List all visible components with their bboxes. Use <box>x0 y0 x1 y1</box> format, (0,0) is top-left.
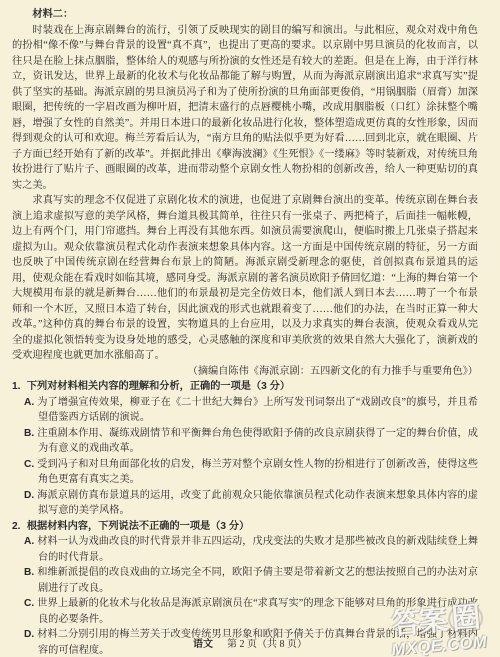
option-label: B. <box>24 567 34 578</box>
material-paragraph-2: 求真写实的理念不仅促进了京剧化妆术的演进，也促进了京剧舞台演出的变革。传统京剧在… <box>12 193 478 364</box>
question-1-stem-text: 下列对材料相关内容的理解和分析，正确的一项是（3 分） <box>27 381 290 392</box>
question-2-option-a: A.材料一认为戏曲改良的时代背景并非五四运动，戊戌变法的失败才是那些被改良的新戏… <box>12 534 478 565</box>
option-text: 受到冯子和对旦角面部化妆的启发，梅兰芳对整个京剧女性人物的扮相进行了创新改善，使… <box>37 459 478 486</box>
exam-page: 材料二： 时装戏在上海京剧舞台的流行，引领了反映现实的剧目的编写和演出。与此相应… <box>0 0 500 657</box>
question-1-option-d: D.海派京剧仿真布景道具的运用，改变了此前观众只能依靠演员程式化动作表演来想象具… <box>12 488 478 519</box>
question-1-stem: 1. 下列对材料相关内容的理解和分析，正确的一项是（3 分） <box>12 379 478 395</box>
option-text: 注重剧本作用、凝练戏剧情节和平衡舞台角色使得欧阳予倩的改良京剧获得了一定的舞台价… <box>37 428 478 455</box>
question-2-stem: 2. 根据材料内容，下列说法不正确的一项是（3 分） <box>12 519 478 535</box>
material-heading: 材料二： <box>12 7 478 23</box>
option-text: 材料一认为戏曲改良的时代背景并非五四运动，戊戌变法的失败才是那些被改良的新戏陆续… <box>37 536 478 563</box>
question-2-option-b: B.和维新派提倡的改良戏曲的立场完全不同，欧阳予倩主要是带着新文艺的想法按照自己… <box>12 565 478 596</box>
question-2: 2. 根据材料内容，下列说法不正确的一项是（3 分） A.材料一认为戏曲改良的时… <box>12 519 478 657</box>
question-2-stem-text: 根据材料内容，下列说法不正确的一项是（3 分） <box>27 521 249 532</box>
question-1: 1. 下列对材料相关内容的理解和分析，正确的一项是（3 分） A.为了增强宣传效… <box>12 379 478 519</box>
option-label: A. <box>24 397 34 408</box>
question-2-number: 2. <box>12 519 24 535</box>
source-attribution: （摘编自陈伟《海派京剧：五四新文化的有力推手与重要角色》） <box>12 364 478 380</box>
question-1-number: 1. <box>12 379 24 395</box>
option-text: 世界上最新的化妆术与化妆品是海派京剧演员在“求真写实”的理念下能够对旦角的形象进… <box>37 598 478 625</box>
option-text: 和维新派提倡的改良戏曲的立场完全不同，欧阳予倩主要是带着新文艺的想法按照自己的办… <box>37 567 478 594</box>
option-label: C. <box>24 598 34 609</box>
option-text: 为了增强宣传效果，柳亚子在《二十世纪大舞台》上所写发刊词祭出了“戏剧改良”的旗号… <box>37 397 478 424</box>
option-label: C. <box>24 459 34 470</box>
page-footer: 语文第 2 页（共 8 页） <box>0 639 500 651</box>
question-2-option-c: C.世界上最新的化妆术与化妆品是海派京剧演员在“求真写实”的理念下能够对旦角的形… <box>12 596 478 627</box>
footer-page-number: 第 2 页（共 8 页） <box>227 639 307 650</box>
option-label: B. <box>24 428 34 439</box>
option-text: 海派京剧仿真布景道具的运用，改变了此前观众只能依靠演员程式化动作表演来想象具体内… <box>37 490 478 517</box>
option-label: D. <box>24 490 34 501</box>
question-1-option-c: C.受到冯子和对旦角面部化妆的启发，梅兰芳对整个京剧女性人物的扮相进行了创新改善… <box>12 457 478 488</box>
footer-subject: 语文 <box>193 639 213 650</box>
question-1-option-b: B.注重剧本作用、凝练戏剧情节和平衡舞台角色使得欧阳予倩的改良京剧获得了一定的舞… <box>12 426 478 457</box>
option-label: A. <box>24 536 34 547</box>
question-1-option-a: A.为了增强宣传效果，柳亚子在《二十世纪大舞台》上所写发刊词祭出了“戏剧改良”的… <box>12 395 478 426</box>
material-paragraph-1: 时装戏在上海京剧舞台的流行，引领了反映现实的剧目的编写和演出。与此相应，观众对戏… <box>12 23 478 194</box>
